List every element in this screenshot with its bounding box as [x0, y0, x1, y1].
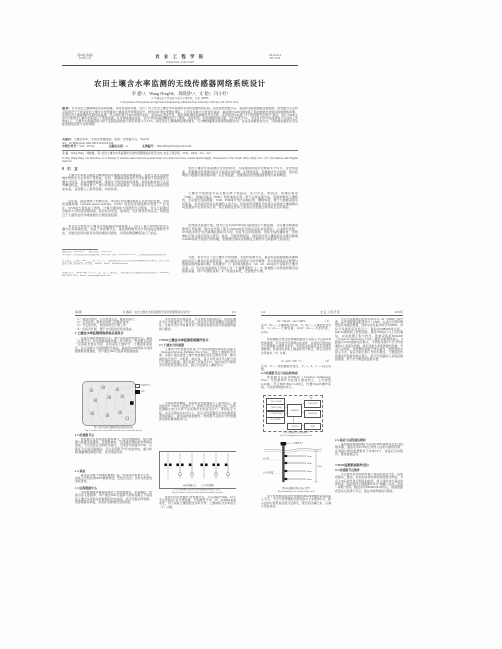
- equation-1-note: 式中：θv——土壤体积含水率，%；θg——土壤质量含水率，%；ρb——土壤容重，…: [261, 324, 331, 337]
- running-header-year: 2010年: [395, 311, 403, 314]
- affiliation-line-2: 2. Department of Biosystems and Agricult…: [62, 101, 298, 104]
- page-number: 213: [232, 311, 236, 314]
- running-header: 第2期 李 鑫等：农田土壤含水率监测的无线传感器网络系统设计 213: [75, 311, 236, 314]
- node-box-glyph: [281, 442, 287, 445]
- clc-label: 中图分类号：: [62, 144, 79, 148]
- page1-left-column: 0 引 言 土壤含水率是反映农田墒情和指导灌溉决策的重要指标，其时空变化直接影响…: [62, 167, 169, 283]
- equation-2: θ＝aU²＋bU＋c （2）: [261, 359, 331, 363]
- doc-code-label: 文献标志码：: [108, 144, 125, 148]
- page3-body: θv＝θg·ρb／ρw×100% （1） 式中：θv——土壤体积含水率，%；θg…: [261, 318, 403, 538]
- running-header-rule: [261, 315, 403, 316]
- block-daq-board: 数据采集板: [304, 410, 321, 418]
- figure-2-caption-en: Fig.2 Layout of sensor nodes and soil mo…: [159, 492, 236, 495]
- page2-body: （1）网络自组织，节点布置灵活，覆盖范围大； （2）无需布线，降低田间施工和维护…: [75, 318, 236, 538]
- legend-label: 基站: [141, 391, 145, 393]
- citation-cn: 李 鑫，Wang Ning，刘晓晨，等. 农田土壤含水率监测的无线传感器网络系统…: [62, 152, 298, 155]
- section-1-3-heading: 1.3 远程数据中心: [75, 487, 152, 490]
- fig4-tube-label: PVC管: [263, 456, 269, 460]
- paragraph: 本文在分析农田土壤含水率监测需求的基础上，设计了基于WSN的农田土壤含水率监测系…: [62, 225, 169, 238]
- paper-title: 农田土壤含水率监测的无线传感器网络系统设计: [62, 79, 298, 88]
- figure-2-inner-legend: ■ 传感器节点 ○ 水分传感器: [160, 483, 236, 487]
- header-rule: [62, 65, 298, 66]
- paragraph: 基站负责整个网络的数据汇集、时间同步和命令下发，由嵌入式网关和GPRS模块构成，…: [75, 474, 152, 486]
- fig4-depth-40: 40cm: [307, 471, 312, 473]
- block-rf-module: 无线收发模块: [304, 400, 321, 408]
- running-header-title: 李 鑫等：农田土壤含水率监测的无线传感器网络系统设计: [123, 311, 191, 314]
- legend-row: 基站: [135, 390, 152, 395]
- running-header-rule: [75, 315, 236, 316]
- paragraph: 远程数据服务器接收基站上传的数据包，完成解析、校验后存入数据库，用户通过Web页…: [75, 491, 152, 517]
- journal-header: 第26卷 第2期 2010年 2月 农 业 工 程 学 报 Transactio…: [62, 54, 298, 64]
- paragraph: 节点无线模块的发射功率可在−24～0dBm之间设置，室外视距通信距离为75～10…: [335, 318, 403, 438]
- figure-3-caption-en: Fig.3 Configuration of sensor node: [261, 435, 331, 438]
- paragraph: 传感器节点采用MICAz（Crossbow Technology, USA）无线…: [261, 376, 331, 393]
- equation-1: θv＝θg·ρb／ρw×100% （1）: [261, 319, 331, 323]
- paragraph: 为此，本文设计了由土壤水分传感器、无线传感器节点、基站和远程数据服务器构成的农田…: [182, 256, 298, 283]
- section-3-1-heading: 3.1 传感器节点软件: [335, 469, 403, 472]
- sensor-node-icon: [135, 384, 140, 389]
- journal-header-left: 第26卷 第2期 2010年 2月: [62, 54, 108, 61]
- section-1-2-heading: 1.2 基站: [75, 470, 152, 473]
- paragraph: 土壤含水率是反映农田墒情和指导灌溉决策的重要指标，其时空变化直接影响作物的生长发…: [62, 174, 169, 200]
- paragraph: 传感器输出电压经调理电路放大后接入节点的A/D转换通道，节点按设定周期完成采样，…: [261, 338, 331, 358]
- equation-2-expression: θ＝aU²＋bU＋c: [261, 359, 322, 363]
- page-1: 第26卷 第2期 2010年 2月 农 业 工 程 学 报 Transactio…: [62, 54, 298, 283]
- journal-name-en: Transactions of the CSAE: [108, 61, 252, 64]
- fig4-depth-10: 10cm: [307, 456, 312, 458]
- block-battery: 电池组: [304, 423, 321, 430]
- fig4-node-label: 传感器节点: [293, 441, 304, 445]
- figure-4-installation-schematic: 传感器节点 PVC管 水分传感器 10cm 20cm 40cm 60cm 0.9…: [262, 440, 324, 488]
- scanned-paper-canvas: 第26卷 第2期 2010年 2月 农 业 工 程 学 报 Transactio…: [0, 0, 502, 649]
- paragraph: 系统总体结构如图1所示。整个系统由传感器节点、基站（汇聚节点）和远程数据服务器三…: [75, 337, 152, 378]
- page3-right-column: 节点无线模块的发射功率可在−24～0dBm之间设置，室外视距通信距离为75～10…: [335, 318, 403, 538]
- clc-value: S24；TP212: [79, 144, 94, 148]
- section-2-2-heading: 2.2 传感器节点与基站的构成: [261, 372, 331, 375]
- block-power-mgmt: 电源管理: [287, 423, 302, 430]
- paragraph: 考虑到农田环境恶劣、节点供电受限等特点，系统在硬件设计中着重考虑了低功耗、防水防…: [159, 318, 236, 338]
- paragraph: 试验田内共布置6个传感器节点，节点间距约30m，每个节点连接4个水分传感器，分别…: [159, 496, 236, 516]
- section-2-3-heading: 2.3 基站与远程通信模块: [335, 439, 403, 442]
- page3-left-column: θv＝θg·ρb／ρw×100% （1） 式中：θv——土壤体积含水率，%；θg…: [261, 318, 331, 538]
- page-number: 214: [261, 311, 265, 314]
- journal-name-cn: 农 业 工 程 学 报: [108, 54, 252, 60]
- footnote-block: 收稿日期：2009-06-12 修订日期：2009-12-20 基金项目：国家高…: [62, 249, 169, 283]
- article-no-label: 文章编号：: [142, 144, 156, 148]
- legend-label: 传感器节点: [141, 385, 151, 387]
- page-2: 第2期 李 鑫等：农田土壤含水率监测的无线传感器网络系统设计 213 （1）网络…: [75, 311, 236, 538]
- running-header: 214 农 业 工 程 学 报 2010年: [261, 311, 403, 314]
- field-area-box: [82, 381, 136, 426]
- figure-1-wsn-diagram: 传感器节点 基站: [75, 380, 152, 427]
- paragraph: 水分传感器和温度传感器经MDA300数据采集板接入节点，节点与传感器的田间安装方…: [261, 495, 331, 512]
- block-voltage-detect: 电压检测电路: [266, 417, 285, 424]
- paragraph: 基站将收到的数据打包后经GPRS模块发送至远程服务器，通信采用TCP协议并加入校…: [335, 443, 403, 463]
- paragraph: 农田土壤含水率监测涉及传感技术、无线通信和信息处理等多个环节。在传感层面，需要解…: [182, 167, 298, 192]
- figure-2-field-layout: ■ 传感器节点 ○ 水分传感器: [159, 451, 236, 489]
- fig4-depth-20: 20cm: [307, 463, 312, 465]
- running-header-issue: 第2期: [75, 311, 82, 314]
- section-1-heading: 1 土壤含水率监测网络系统总体设计: [75, 332, 152, 336]
- paragraph: 为提高测量精度，试验前对传感器进行了室内标定。取试验田0～60cm土层原状土，配…: [159, 402, 236, 449]
- article-no-value: 1002-6819(2010)-02-0212-06: [156, 144, 191, 148]
- paragraph: 土壤水分传感器选用基于介电原理的ECH2O系列探头（Decagon Device…: [159, 348, 236, 402]
- pvc-tube-glyph: [282, 445, 284, 482]
- fig4-dim-label: 0.9m: [318, 466, 323, 468]
- date-cn: 2010年 2月: [62, 57, 108, 60]
- block-processor: 处理器模块: [287, 404, 302, 417]
- abstract-block: 摘 要：针对农田土壤墒情信息获取困难、实时性差的问题，设计了用于农田土壤含水率监…: [62, 107, 298, 138]
- figure-1-legend: 传感器节点 基站: [135, 384, 152, 396]
- paragraph: 传感器节点是网络的基本单元，由传感器模块、信号调理与数据采集模块、处理器模块、无…: [75, 438, 152, 469]
- gateway-node-glyph: [130, 401, 134, 405]
- equation-1-number: （1）: [322, 319, 331, 323]
- fig4-depth-60: 60cm: [307, 479, 312, 481]
- installation-graphic: 传感器节点 PVC管 水分传感器 10cm 20cm 40cm 60cm 0.9…: [262, 440, 324, 488]
- running-header-journal: 农 业 工 程 学 报: [320, 311, 339, 314]
- paragraph: 土壤水分的测量方法主要有烘干称量法、张力计法、电阻法、时域反射法（TDR）、频域…: [182, 192, 298, 224]
- equation-2-number: （2）: [322, 359, 331, 363]
- base-station-icon: [135, 390, 140, 395]
- section-2-1-heading: 2.1 土壤水分传感器: [159, 344, 236, 347]
- section-0-heading: 0 引 言: [62, 167, 169, 172]
- figure-4-caption-en: Fig.4 Installation of sensors in the fie…: [261, 491, 331, 494]
- journal-header-right: Vol.26 No.2 Feb. 2010: [252, 54, 298, 61]
- page1-body-columns: 0 引 言 土壤含水率是反映农田墒情和指导灌溉决策的重要指标，其时空变化直接影响…: [62, 167, 298, 283]
- equation-1-expression: θv＝θg·ρb／ρw×100%: [261, 319, 322, 323]
- page1-right-column: 农田土壤含水率监测涉及传感技术、无线通信和信息处理等多个环节。在传感层面，需要解…: [182, 167, 298, 283]
- page2-left-column: （1）网络自组织，节点布置灵活，覆盖范围大； （2）无需布线，降低田间施工和维护…: [75, 318, 152, 538]
- section-1-1-heading: 1.1 传感器节点: [75, 434, 152, 437]
- wsn-topology-graphic: [83, 382, 135, 425]
- field-layout-graphic: [160, 452, 236, 487]
- page-3: 214 农 业 工 程 学 报 2010年 θv＝θg·ρb／ρw×100% （…: [261, 311, 403, 538]
- paragraph: 在网络化监测方面，国外已有利用WSN进行葡萄园小气候监测、马铃薯田墒情监测等应用…: [182, 224, 298, 256]
- footnote-corresponding-author: ※通信作者：Wang Ning（王 宁），女，博士，副教授，主要从事生物系统传感…: [62, 272, 169, 284]
- figure-3-node-block-diagram: 土壤水分传感器 土壤温度传感器 空气温湿度传感器 电压检测电路 处理器模块 无线…: [263, 395, 323, 432]
- date-en: Feb. 2010: [252, 57, 298, 60]
- classification-line: 中图分类号：S24；TP212文献标志码：A文章编号：1002-6819(201…: [62, 145, 298, 148]
- paragraph: 节点软件在TinyOS环境下用nesC语言开发，由传感驱动、路由、时间同步和电源…: [335, 473, 403, 525]
- abstract-text: 针对农田土壤墒情信息获取困难、实时性差的问题，设计了用于农田土壤含水率监测的无线…: [62, 107, 298, 126]
- footnote-rule: [62, 249, 98, 250]
- footnote-author-bio: 作者简介：李 鑫（1982－），男，博士生，主要从事农业信息化与无线传感器网络应…: [62, 260, 169, 272]
- journal-header-center: 农 业 工 程 学 报 Transactions of the CSAE: [108, 54, 252, 64]
- page2-right-column: 考虑到农田环境恶劣、节点供电受限等特点，系统在硬件设计中着重考虑了低功耗、防水防…: [159, 318, 236, 538]
- doc-code-value: A: [126, 144, 128, 148]
- legend-row: 传感器节点: [135, 384, 152, 389]
- fig4-probe-label: 水分传感器: [263, 470, 274, 474]
- citation-en: Li Xin, Wang Ning, Liu Xiaochen, et al. …: [62, 157, 298, 164]
- paragraph: 近年来，随着微电子机械系统、低功耗无线通信和嵌入式技术的发展，无线传感器网络（w…: [62, 200, 169, 225]
